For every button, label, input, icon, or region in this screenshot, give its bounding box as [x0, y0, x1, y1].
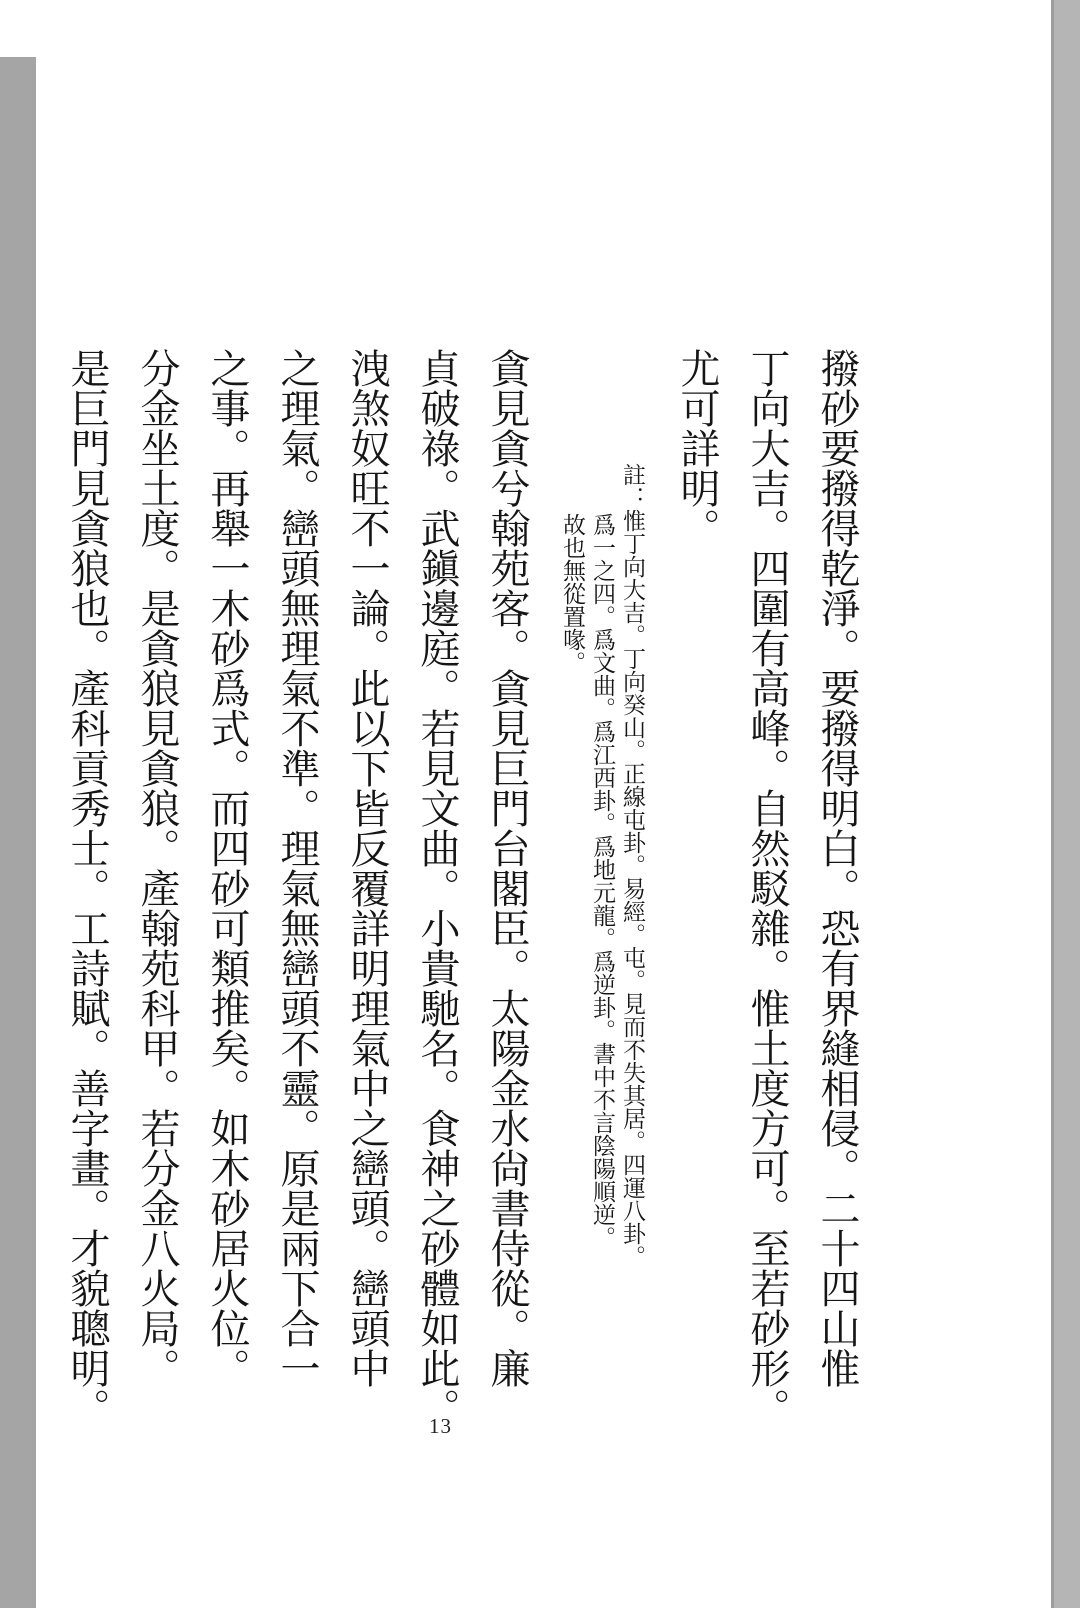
book-page: 撥砂要撥得乾淨。要撥得明白。恐有界縫相侵。二十四山惟 丁向大吉。四圍有高峰。自然… [0, 0, 1080, 1608]
text-column-9: 分金坐土度。是貪狼見貪狼。產翰苑科甲。若分金八火局。 [137, 348, 177, 1428]
text-column-10: 是巨門見貪狼也。產科貢秀士。工詩賦。善字畫。才貌聰明。 [67, 348, 107, 1428]
scan-edge-right [1051, 0, 1080, 1608]
note-line-2: 爲一之四。爲文曲。爲江西卦。爲地元龍。爲逆卦。書中不言陰陽順逆。 [587, 348, 617, 1428]
text-column-1: 撥砂要撥得乾淨。要撥得明白。恐有界縫相侵。二十四山惟 [817, 348, 857, 1428]
text-column-5: 貞破祿。武鎭邊庭。若見文曲。小貴馳名。食神之砂體如此。 [417, 348, 457, 1428]
text-column-7: 之理氣。巒頭無理氣不準。理氣無巒頭不靈。原是兩下合一 [277, 348, 317, 1428]
text-column-3: 尤可詳明。 [677, 348, 717, 1428]
text-column-4: 貪見貪兮翰苑客。貪見巨門台閣臣。太陽金水尙書侍從。廉 [487, 348, 527, 1428]
page-number: 13 [429, 1414, 452, 1439]
text-column-6: 洩煞奴旺不一論。此以下皆反覆詳明理氣中之巒頭。巒頭中 [347, 348, 387, 1428]
scan-edge-left [0, 57, 36, 1608]
vertical-text-block: 撥砂要撥得乾淨。要撥得明白。恐有界縫相侵。二十四山惟 丁向大吉。四圍有高峰。自然… [37, 348, 857, 1428]
note-line-3: 故也無從置喙。 [557, 348, 587, 1428]
note-line-1: 註：惟丁向大吉。丁向癸山。正線屯卦。易經。屯。見而不失其居。四運八卦。 [617, 348, 647, 1428]
text-column-8: 之事。再舉一木砂爲式。而四砂可類推矣。如木砂居火位。 [207, 348, 247, 1428]
annotation-note: 註：惟丁向大吉。丁向癸山。正線屯卦。易經。屯。見而不失其居。四運八卦。 爲一之四… [557, 348, 647, 1428]
text-column-2: 丁向大吉。四圍有高峰。自然駁雜。惟土度方可。至若砂形。 [747, 348, 787, 1428]
